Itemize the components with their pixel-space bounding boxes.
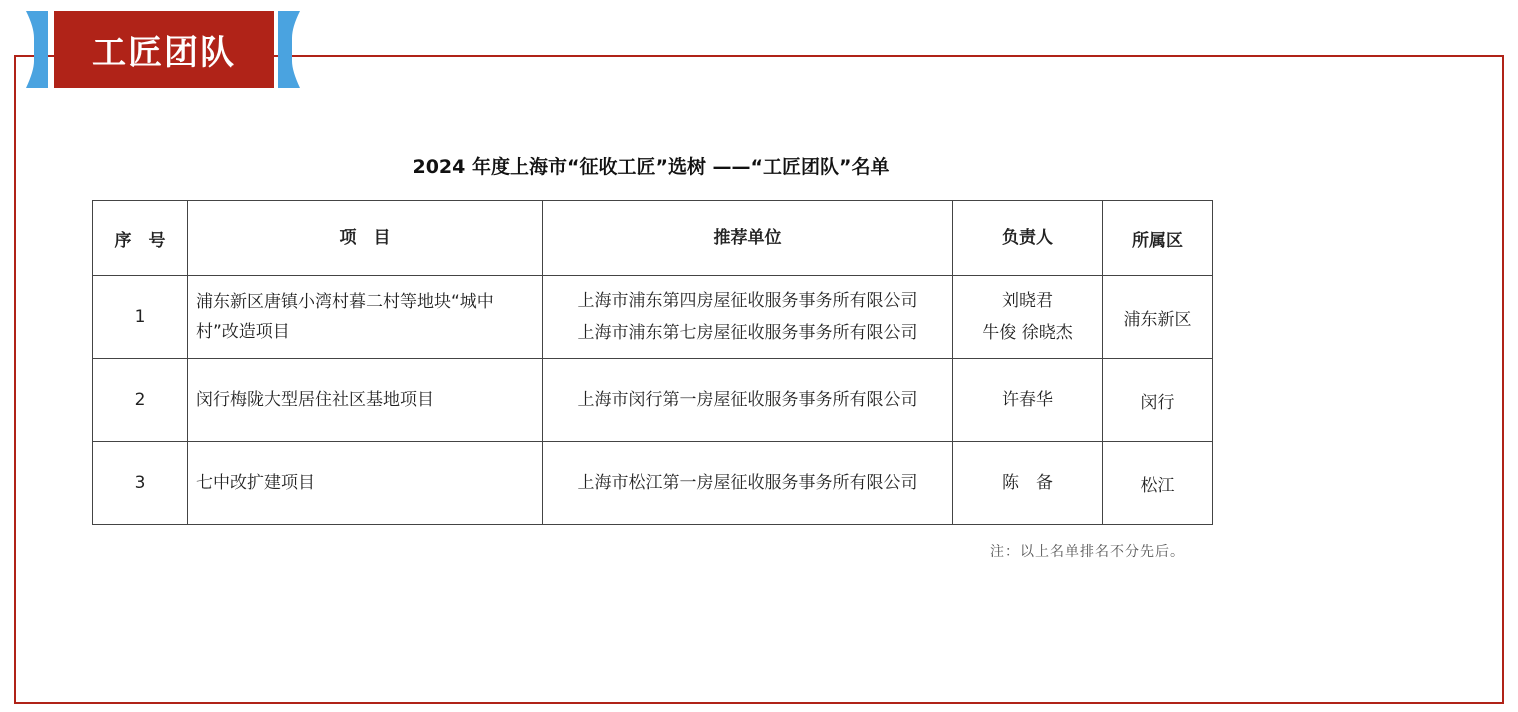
row-units: 上海市浦东第四房屋征收服务事务所有限公司 上海市浦东第七房屋征收服务事务所有限公… bbox=[543, 276, 953, 359]
row-no: 3 bbox=[93, 442, 188, 525]
table-header-row: 序 号 项 目 推荐单位 负责人 所属区 bbox=[93, 201, 1213, 276]
table-row: 1 浦东新区唐镇小湾村暮二村等地块“城中村”改造项目 上海市浦东第四房屋征收服务… bbox=[93, 276, 1213, 359]
row-units: 上海市松江第一房屋征收服务事务所有限公司 bbox=[543, 442, 953, 525]
leader-line: 许春华 bbox=[961, 384, 1094, 416]
row-units: 上海市闵行第一房屋征收服务事务所有限公司 bbox=[543, 359, 953, 442]
unit-line: 上海市浦东第七房屋征收服务事务所有限公司 bbox=[551, 317, 944, 349]
row-no: 1 bbox=[93, 276, 188, 359]
banner-title: 工匠团队 bbox=[54, 11, 274, 88]
right-bracket-icon bbox=[278, 11, 302, 88]
row-leaders: 刘晓君 牛俊 徐晓杰 bbox=[953, 276, 1103, 359]
header-leader: 负责人 bbox=[953, 201, 1103, 276]
unit-line: 上海市浦东第四房屋征收服务事务所有限公司 bbox=[551, 285, 944, 317]
unit-line: 上海市松江第一房屋征收服务事务所有限公司 bbox=[551, 467, 944, 499]
team-list-table: 序 号 项 目 推荐单位 负责人 所属区 1 浦东新区唐镇小湾村暮二村等地块“城… bbox=[92, 200, 1213, 525]
row-district: 浦东新区 bbox=[1103, 276, 1213, 359]
table-row: 3 七中改扩建项目 上海市松江第一房屋征收服务事务所有限公司 陈 备 松江 bbox=[93, 442, 1213, 525]
row-project: 闵行梅陇大型居住社区基地项目 bbox=[188, 359, 543, 442]
row-district: 闵行 bbox=[1103, 359, 1213, 442]
row-leaders: 陈 备 bbox=[953, 442, 1103, 525]
leader-line: 牛俊 徐晓杰 bbox=[961, 317, 1094, 349]
left-bracket-icon bbox=[24, 11, 48, 88]
header-district: 所属区 bbox=[1103, 201, 1213, 276]
row-no: 2 bbox=[93, 359, 188, 442]
table-row: 2 闵行梅陇大型居住社区基地项目 上海市闵行第一房屋征收服务事务所有限公司 许春… bbox=[93, 359, 1213, 442]
leader-line: 刘晓君 bbox=[961, 285, 1094, 317]
row-project: 浦东新区唐镇小湾村暮二村等地块“城中村”改造项目 bbox=[188, 276, 543, 359]
document-title: 2024 年度上海市“征收工匠”选树 ——“工匠团队”名单 bbox=[0, 152, 1302, 179]
header-unit: 推荐单位 bbox=[543, 201, 953, 276]
row-leaders: 许春华 bbox=[953, 359, 1103, 442]
row-project: 七中改扩建项目 bbox=[188, 442, 543, 525]
leader-line: 陈 备 bbox=[961, 467, 1094, 499]
header-no: 序 号 bbox=[93, 201, 188, 276]
unit-line: 上海市闵行第一房屋征收服务事务所有限公司 bbox=[551, 384, 944, 416]
header-project: 项 目 bbox=[188, 201, 543, 276]
footnote: 注：以上名单排名不分先后。 bbox=[990, 541, 1185, 561]
row-district: 松江 bbox=[1103, 442, 1213, 525]
